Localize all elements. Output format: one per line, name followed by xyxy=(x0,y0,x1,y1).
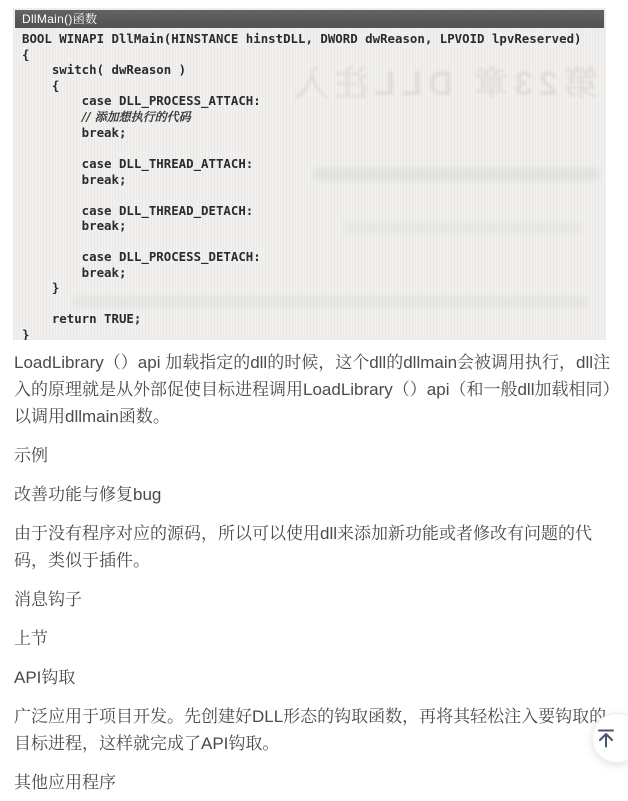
paragraph-api-hook-detail: 广泛应用于项目开发。先创建好DLL形态的钩取函数，再将其轻松注入要钩取的目标进程… xyxy=(14,703,614,757)
paragraph-dll-inject-principle: LoadLibrary（）api 加载指定的dll的时候，这个dll的dllma… xyxy=(14,349,614,430)
paragraph-api-hook-heading: API钩取 xyxy=(14,664,614,691)
article-page: DllMain()函数 第23章 DLL注入 BOOL WINAPI DllMa… xyxy=(0,0,628,801)
paragraph-message-hook-heading: 消息钩子 xyxy=(14,586,614,613)
paragraph-other-apps-heading: 其他应用程序 xyxy=(14,769,614,796)
code-figure-title: DllMain()函数 xyxy=(15,10,604,28)
paragraph-example-heading: 示例 xyxy=(14,442,614,469)
paragraph-no-source-plugin: 由于没有程序对应的源码，所以可以使用dll来添加新功能或者修改有问题的代码，类似… xyxy=(14,520,614,574)
paragraph-previous-section: 上节 xyxy=(14,625,614,652)
code-text: break; case DLL_THREAD_ATTACH: break; ca… xyxy=(22,125,261,340)
code-listing: BOOL WINAPI DllMain(HINSTANCE hinstDLL, … xyxy=(13,28,606,340)
code-comment: // 添加想执行的代码 xyxy=(82,110,191,124)
paragraph-improve-fix-bug-heading: 改善功能与修复bug xyxy=(14,481,614,508)
arrow-up-to-top-icon xyxy=(595,727,617,749)
code-figure: DllMain()函数 第23章 DLL注入 BOOL WINAPI DllMa… xyxy=(13,8,606,340)
article-body: LoadLibrary（）api 加载指定的dll的时候，这个dll的dllma… xyxy=(0,349,628,801)
